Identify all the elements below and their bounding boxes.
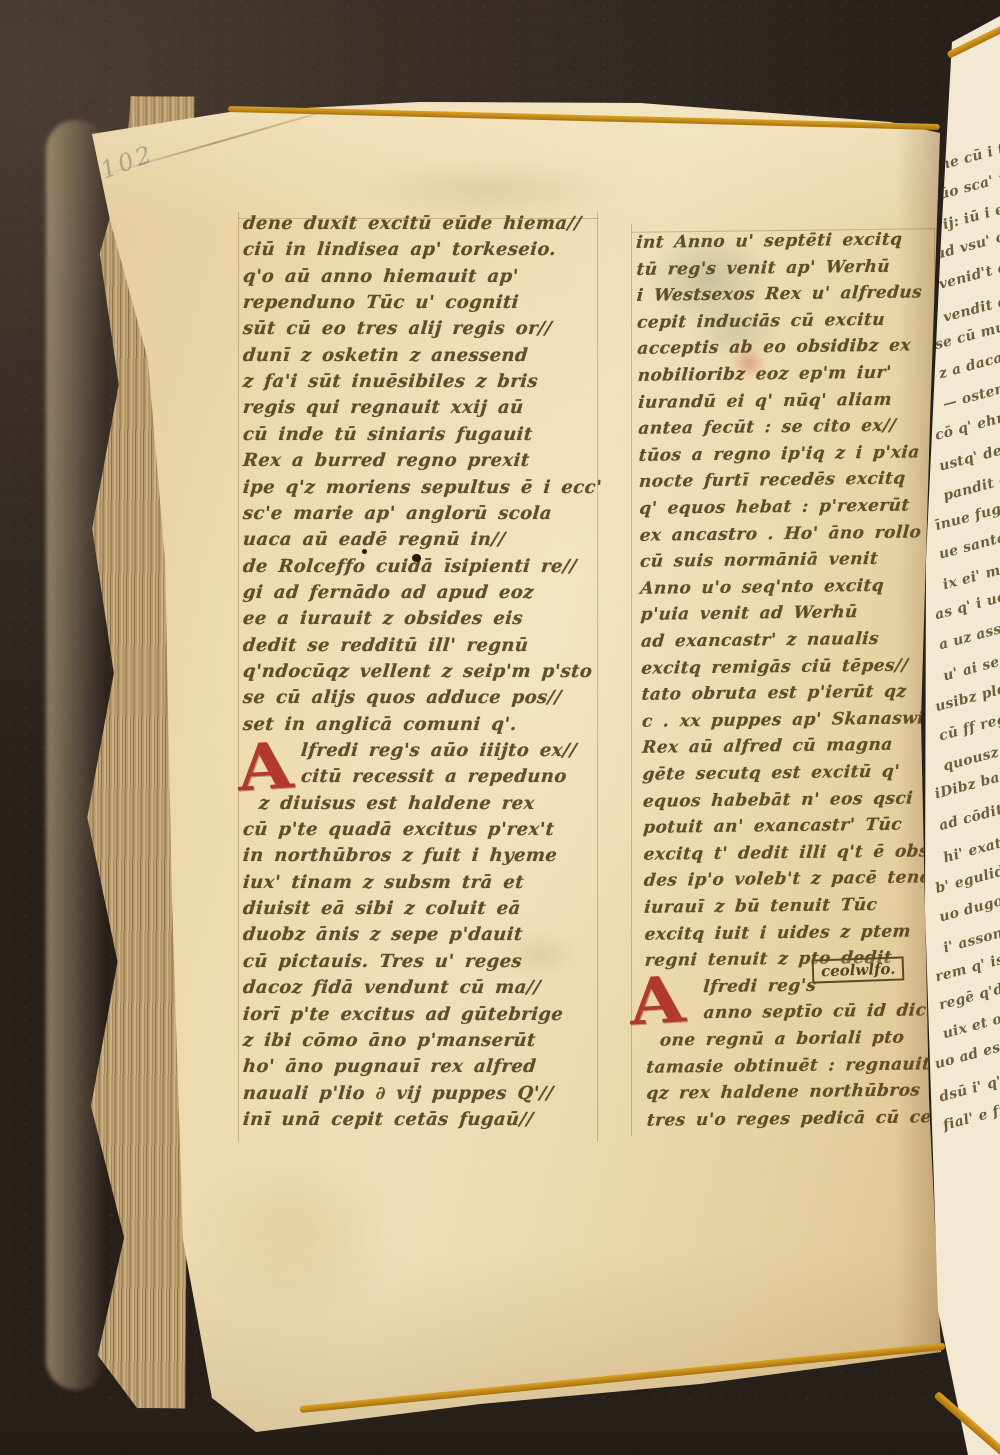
text-line: citū recessit a repeduno	[300, 766, 568, 787]
text-line: gi ad fernādo ad apud eoz	[242, 582, 535, 603]
text-line: cepit induciās cū excitu	[636, 310, 885, 333]
text-line: iux' tinam z subsm trā et	[242, 872, 525, 893]
text-line: equos habebāt n' eos qsci	[642, 788, 914, 811]
facing-text-fragment: as q' i uo	[933, 589, 1000, 623]
text-line: cū suis normāniā venit	[639, 549, 879, 572]
facing-text-fragment: fial' e fud	[941, 1098, 1000, 1134]
text-line: excitq remigās ciū tēpes//	[641, 655, 909, 678]
facing-text-fragment: uix et o'	[941, 1010, 1000, 1042]
text-line: sc'e marie ap' anglorū scola	[242, 503, 553, 524]
text-line: Anno u'o seq'nto excitq	[640, 576, 885, 599]
text-line: lfredi reg's aūo iiijto ex//	[300, 740, 578, 761]
ruling-line	[597, 212, 598, 1142]
text-line: int Anno u' septēti excitq	[635, 230, 903, 253]
text-line: ee a iurauit z obsides eis	[242, 608, 524, 629]
facing-text-fragment: — osten·	[941, 379, 1000, 412]
text-line: nauali p'lio ∂ vij puppes Q'//	[242, 1083, 554, 1104]
facing-text-fragment: u' ai se ho	[941, 648, 1000, 685]
text-line: Rex a burred regno prexit	[242, 450, 530, 471]
text-line: diuisit eā sibi z coluit eā	[242, 898, 522, 919]
text-line: potuit an' exancastr' Tūc	[643, 815, 903, 838]
text-line: tamasie obtinuēt : regnauit	[645, 1054, 931, 1077]
text-line: dene duxit excitū eūde hiema//	[242, 213, 582, 234]
facing-text-fragment: cū ff reg's	[937, 708, 1000, 745]
text-line: cū inde tū siniaris fugauit	[242, 424, 533, 445]
outer-leaf-edge	[46, 120, 106, 1390]
facing-text-fragment: venid't a	[937, 259, 1000, 293]
text-line: uaca aū eadē regnū in//	[242, 529, 506, 550]
text-line: ipe q'z moriens sepultus ē i ecc'	[242, 477, 603, 498]
facing-text-fragment: vendit ad fi	[942, 286, 1000, 325]
rubricated-initial-left: A	[235, 736, 295, 799]
text-line: sūt cū eo tres alij regis or//	[242, 318, 553, 339]
facing-text-fragment: dsū i' q' ilu	[937, 1067, 1000, 1106]
facing-text-fragment: ud vsu' o	[933, 229, 1000, 263]
manuscript-photo: 102 dene duxit excitū eūde hiema//ciū in…	[0, 0, 1000, 1455]
ink-blot	[362, 549, 367, 554]
text-line: iurauī z bū tenuit Tūc	[644, 895, 879, 918]
text-line: z fa'i sūt inuēsibiles z bris	[242, 371, 539, 392]
facing-text-fragment: usibz plebi	[933, 677, 1000, 715]
facing-text-fragment: ad cōdit o	[937, 798, 1000, 834]
facing-text-fragment: z a daca	[937, 350, 1000, 382]
text-line: tūos a regno ip'iq z i p'xia	[638, 442, 920, 465]
facing-text-fragment: a uz assa	[937, 619, 1000, 653]
marginal-boxed-note: ceolwlfo.	[812, 956, 905, 983]
facing-text-fragment: ij: iū i ea	[941, 199, 1000, 233]
facing-text-fragment: hi' exatq fui	[942, 826, 1000, 867]
facing-text-fragment: pandit cui	[941, 468, 1000, 505]
text-line: inī unā cepit cetās fugaū//	[242, 1109, 534, 1130]
text-line: nobilioribz eoz ep'm iur'	[637, 363, 892, 386]
text-line: regis qui regnauit xxij aū	[242, 397, 524, 418]
text-line: one regnū a boriali pto	[659, 1028, 905, 1051]
text-line: tato obruta est p'ierūt qz	[641, 682, 907, 705]
facing-text-fragment: quousz i t'	[941, 737, 1000, 774]
ruling-line	[238, 212, 239, 1142]
text-line: acceptis ab eo obsidibz ex	[637, 336, 912, 359]
facing-text-fragment: se cū mu	[933, 319, 1000, 353]
facing-text-fragment: ūo sca' ū	[937, 169, 1000, 203]
stain	[360, 160, 620, 220]
background-bottom-band	[0, 1408, 1000, 1455]
text-line: lfredi reg's	[702, 975, 817, 996]
text-line: nocte furtī recedēs excitq	[638, 469, 906, 492]
facing-text-fragment: ue santa	[937, 529, 1000, 562]
text-line: qz rex haldene northūbros	[646, 1081, 921, 1104]
text-line: q' equos hebat : p'rexerūt	[639, 495, 911, 518]
text-line: i Westsexos Rex u' alfredus	[636, 283, 923, 307]
text-line: excitq iuit i uides z ptem	[644, 921, 912, 944]
facing-text-fragment: rem q' isda	[933, 947, 1000, 986]
text-line: c . xx puppes ap' Skanaswic	[641, 708, 935, 732]
facing-text-fragment: iDibz ba	[933, 770, 1000, 803]
rubricated-initial-right: A	[627, 970, 687, 1033]
facing-page-text: me cū i ta'ūo sca' ūij: iū i eaud vsu' o…	[938, 148, 1000, 1148]
text-line: ad exancastr' z naualis	[640, 629, 880, 652]
facing-text-fragment: uo ad es	[933, 1040, 1000, 1073]
text-line: iurandū ei q' nūq' aliam	[637, 389, 892, 412]
text-line: z ibi cōmo āno p'manserūt	[242, 1030, 537, 1051]
text-line: se cū alijs quos adduce pos//	[242, 687, 562, 708]
text-line: q'ndocūqz vellent z seip'm p'sto	[242, 661, 593, 682]
text-line: in northūbros z fuit i hyeme	[242, 845, 558, 866]
text-line: cū p'te quadā excitus p'rex't	[242, 819, 555, 840]
text-line: antea fecūt : se cito ex//	[638, 416, 897, 439]
text-line: ho' āno pugnauī rex alfred	[242, 1056, 537, 1077]
text-line: de Rolceffo cuidā īsipienti re//	[242, 556, 578, 577]
text-line: p'uia venit ad Werhū	[640, 603, 859, 626]
facing-text-fragment: cō q' ehm	[933, 408, 1000, 444]
ink-blot	[412, 554, 421, 562]
text-line: ciū in lindisea ap' torkeseio.	[242, 239, 557, 260]
text-line: dunī z osketin z anessend	[242, 345, 529, 366]
text-line: gēte secutq est excitū q'	[642, 762, 901, 785]
facing-text-fragment: ustq' de q'	[937, 437, 1000, 474]
text-line: dacoz fidā vendunt cū ma//	[242, 977, 542, 998]
text-line: duobz ānis z sepe p'dauit	[242, 924, 524, 945]
text-line: ex ancastro . Ho' āno rollo	[639, 522, 922, 545]
text-line: q'o aū anno hiemauit ap'	[242, 266, 519, 287]
facing-text-fragment: regē q'da	[937, 979, 1000, 1014]
text-line: iorī p'te excitus ad gūtebrige	[242, 1004, 564, 1025]
facing-text-fragment: ix ei' mo'	[941, 559, 1000, 593]
text-line: Rex aū alfred cū magna	[642, 735, 894, 758]
text-line: rependuno Tūc u' cogniti	[242, 292, 520, 313]
text-line: cū pictauis. Tres u' reges	[242, 951, 523, 972]
text-line: dedit se redditū ill' regnū	[242, 635, 529, 656]
facing-text-fragment: īnue fugit	[933, 498, 1000, 534]
text-line: tū reg's venit ap' Werhū	[636, 256, 891, 279]
text-line: z diuisus est haldene rex	[258, 793, 536, 814]
